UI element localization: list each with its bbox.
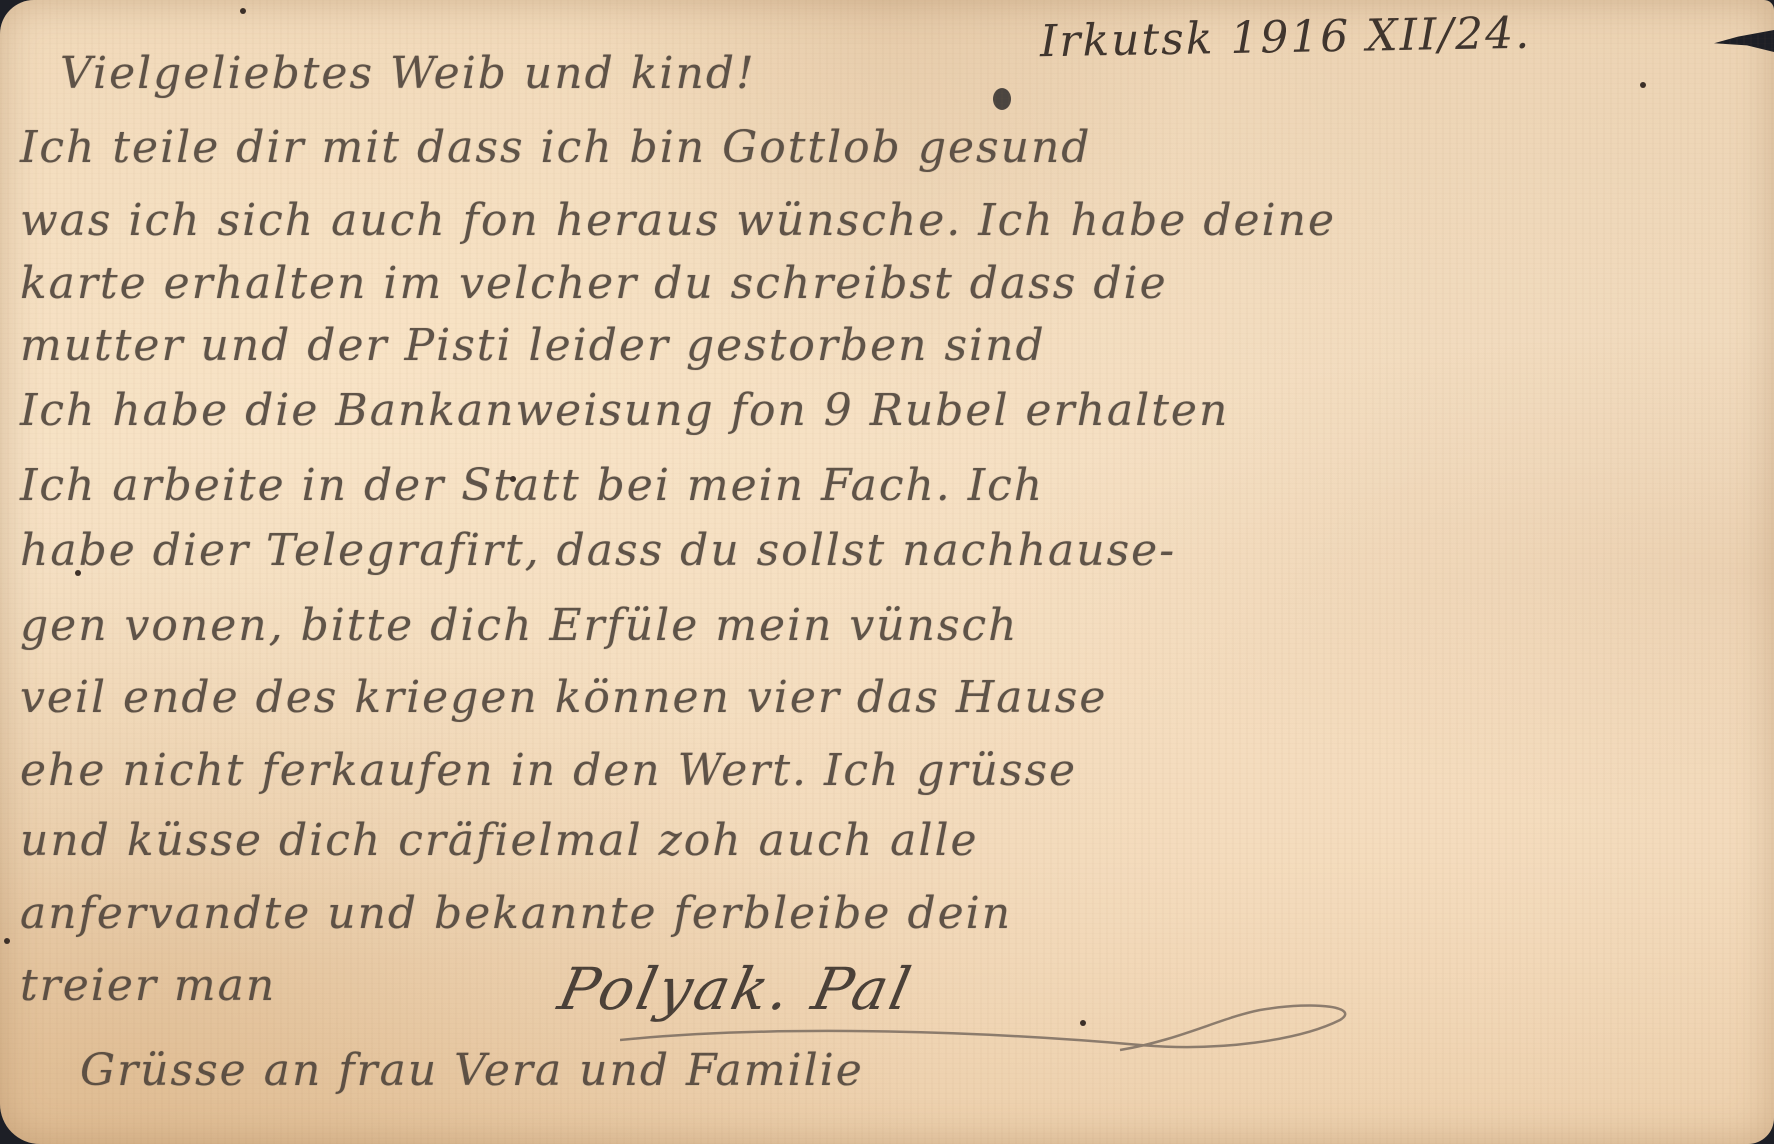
speck (1640, 82, 1646, 88)
speck (4, 938, 10, 944)
letter-line-4: mutter und der Pisti leider gestorben si… (20, 320, 1046, 371)
letter-line-3: karte erhalten im velcher du schreibst d… (20, 258, 1168, 309)
salutation: Vielgeliebtes Weib und kind! (60, 48, 756, 99)
letter-line-10: ehe nicht ferkaufen in den Wert. Ich grü… (20, 745, 1077, 796)
letter-line-9: veil ende des kriegen können vier das Ha… (20, 672, 1107, 723)
postscript: Grüsse an frau Vera und Familie (80, 1045, 864, 1096)
torn-corner (1714, 30, 1774, 52)
letter-line-1: Ich teile dir mit dass ich bin Gottlob g… (20, 122, 1091, 173)
letter-line-13: treier man (20, 960, 276, 1011)
speck (240, 8, 246, 14)
letter-line-8: gen vonen, bitte dich Erfüle mein vünsch (20, 600, 1019, 651)
place-date-header: Irkutsk 1916 XII/24. (1040, 8, 1532, 68)
letter-line-6: Ich arbeite in der Statt bei mein Fach. … (20, 460, 1044, 511)
letter-line-2: was ich sich auch fon heraus wünsche. Ic… (20, 195, 1336, 246)
postcard: Irkutsk 1916 XII/24. Vielgeliebtes Weib … (0, 0, 1774, 1144)
ink-blot (993, 88, 1011, 110)
speck (510, 476, 516, 482)
letter-line-12: anfervandte und bekannte ferbleibe dein (20, 888, 1012, 939)
letter-line-11: und küsse dich cräfielmal zoh auch alle (20, 815, 979, 866)
speck (75, 570, 81, 576)
speck (1080, 1020, 1086, 1026)
letter-line-5: Ich habe die Bankanweisung fon 9 Rubel e… (20, 385, 1229, 436)
letter-line-7: habe dier Telegrafirt, dass du sollst na… (20, 525, 1176, 576)
